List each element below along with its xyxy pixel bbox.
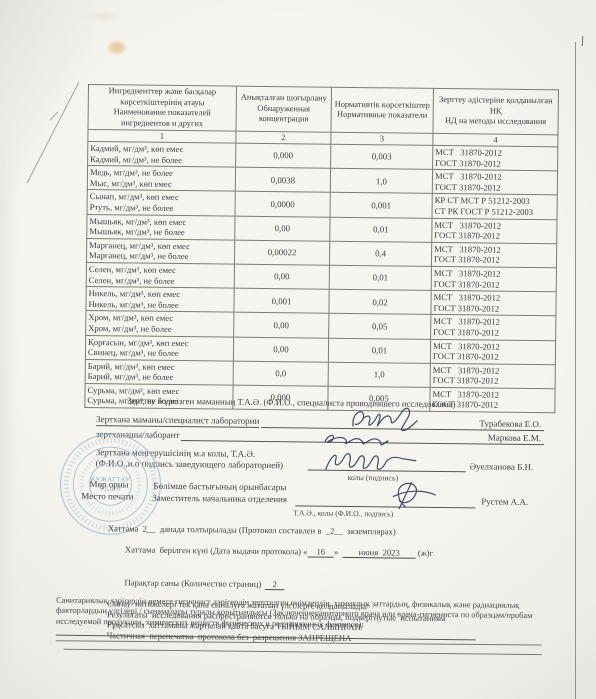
norm-value-cell: 0,4	[329, 241, 431, 266]
found-value-cell: 0,000	[236, 143, 331, 168]
header-ingredients: Ингредиенттер және басқалар көрсеткіштер…	[88, 84, 237, 131]
nd-method-cell: МСТ 31870-2012ГОСТ 31870-2012	[431, 291, 556, 317]
signature-line	[181, 427, 484, 444]
protocol-date-month: июня 2023	[343, 547, 416, 559]
header-methods-ru: НД на методы исследования	[436, 116, 556, 128]
header-normative-ru: Нормативные показатели	[334, 110, 431, 122]
header-found-ru: Обнаруженная концентрация	[239, 103, 329, 125]
col-num-3: 3	[331, 132, 433, 145]
signature-line	[295, 479, 475, 508]
nd-method-cell: МСТ 31870-2012ГОСТ 31870-2012	[430, 339, 555, 365]
ingredient-name-cell: Никель, мг/дм³, көп емесНикель, мг/дм³, …	[86, 287, 234, 313]
ingredient-name-cell: Сынап, мг/дм³, көп емесРтуть, мг/дм³, не…	[87, 190, 235, 216]
specialist-name: Турабекова Е.О.	[476, 418, 544, 431]
nd-method-cell: МСТ 31870-2012ГОСТ 31870-2012	[432, 218, 557, 244]
table-header-row: Ингредиенттер және басқалар көрсеткіштер…	[88, 84, 558, 134]
handwritten-signature	[321, 430, 391, 447]
norm-value-cell: 0,05	[329, 314, 431, 339]
deputy-signature-caption: Т.А.Ә., колы (Ф.И.О., подпись)	[293, 508, 393, 518]
found-value-cell: 0,00022	[234, 240, 329, 265]
ingredient-name-cell: Мышьяк, мг/дм³, көп емесМышьяк, мг/дм³, …	[87, 214, 235, 240]
lab-head-name: Әуелханова Б.Н.	[470, 461, 534, 472]
paper-edge-shadow	[575, 42, 576, 699]
header-found-kk: Анықталған шоғырлану	[239, 93, 329, 105]
results-table: Ингредиенттер және басқалар көрсеткіштер…	[84, 84, 559, 413]
protocol-pages-count: 2	[266, 579, 284, 590]
norm-value-cell: 0,01	[330, 217, 432, 242]
found-value-cell: 0,001	[234, 288, 329, 313]
found-value-cell: 0,00	[234, 264, 329, 289]
nd-method-cell: МСТ 31870-2012ГОСТ 31870-2012	[433, 145, 558, 171]
nd-method-cell: МСТ 31870-2012ГОСТ 31870-2012	[431, 242, 556, 268]
ingredient-name-cell: Селен, мг/дм³, көп емесСелен, мг/дм³, не…	[86, 262, 234, 288]
header-found-concentration: Анықталған шоғырлану Обнаруженная концен…	[236, 86, 332, 132]
norm-value-cell: 0,01	[328, 338, 430, 363]
nd-method-cell: МСТ 31870-2012ГОСТ 31870-2012	[430, 363, 555, 389]
ingredient-name-cell: Барий, мг/дм³, көп емесБарий, мг/дм³, не…	[85, 359, 233, 385]
header-methods-kk: Зерттеу әдістеріне қолданылған НҚ	[436, 95, 556, 117]
header-ingredients-kk: Ингредиенттер және басқалар көрсеткіштер…	[91, 86, 234, 109]
norm-value-cell: 0,003	[331, 144, 433, 169]
found-value-cell: 0,00	[233, 337, 328, 362]
header-normative: Нормативтік көрсеткіштер Нормативные пок…	[331, 87, 434, 133]
protocol-date-day: 16	[307, 547, 334, 558]
ingredient-name-cell: Марганец, мг/дм³, көп емесМарганец, мг/д…	[86, 238, 234, 264]
found-value-cell: 0,0038	[235, 167, 330, 192]
ingredient-name-cell: Қорғасын, мг/дм³, көп емесСвинец, мг/дм³…	[85, 335, 233, 361]
fill-in-underline	[56, 627, 476, 641]
nd-method-cell: МСТ 31870-2012ГОСТ 31870-2012	[431, 315, 556, 341]
deputy-name: Рустем А.А.	[481, 496, 528, 507]
stamp-place-label-ru: Место печати	[81, 491, 133, 502]
handwritten-signature	[322, 450, 420, 475]
fill-in-rule	[64, 649, 542, 655]
col-num-2: 2	[236, 131, 331, 144]
found-value-cell: 0,0	[233, 361, 328, 386]
signature-line	[308, 451, 466, 472]
ingredient-name-cell: Хром, мг/дм³, көп емесХром, мг/дм³, не б…	[86, 311, 234, 337]
nd-method-cell: МСТ 31870-2012ГОСТ 31870-2012	[431, 266, 556, 292]
norm-value-cell: 1,0	[330, 168, 432, 193]
scanned-protocol-page: Ингредиенттер және басқалар көрсеткіштер…	[0, 0, 596, 699]
deputy-label-ru: Заместитель начальника отделения	[152, 493, 287, 505]
norm-value-cell: 0,01	[329, 265, 431, 290]
found-value-cell: 0,0000	[235, 192, 330, 217]
stamp-place-label-kk: Мөр орны	[89, 479, 128, 489]
handwritten-signature	[385, 480, 443, 513]
document-content: Ингредиенттер және басқалар көрсеткіштер…	[0, 0, 596, 699]
header-ingredients-ru: Наименование показателей ингредиентов и …	[91, 107, 234, 130]
ingredient-name-cell: Медь, мг/дм³, не болееМыс, мг/дм³, көп е…	[87, 166, 235, 192]
sanitary-conclusion-note: Санитариялық дәрігердің немесе гигиенист…	[56, 596, 542, 645]
norm-value-cell: 0,02	[329, 289, 431, 314]
found-value-cell: 0,00	[234, 312, 329, 337]
lab-assistant-name: Маркова Е.М.	[485, 433, 544, 446]
norm-value-cell: 1,0	[328, 362, 430, 387]
header-methods: Зерттеу әдістеріне қолданылған НҚ НД на …	[433, 88, 559, 134]
found-value-cell: 0,00	[235, 216, 330, 241]
protocol-date-line: Хаттама берілген күні (Дата выдачи прото…	[108, 534, 447, 570]
ingredient-name-cell: Кадмий, мг/дм³, көп емесКадмий, мг/дм³, …	[88, 141, 236, 167]
nd-method-cell: КР СТ МСТ Р 51212-2003СТ РК ГОСТ Р 51212…	[432, 194, 557, 220]
nd-method-cell: МСТ 31870-2012ГОСТ 31870-2012	[432, 170, 557, 196]
norm-value-cell: 0,001	[330, 193, 432, 218]
deputy-label-kk: Бөлімше бастығының орынбасары	[153, 481, 286, 493]
